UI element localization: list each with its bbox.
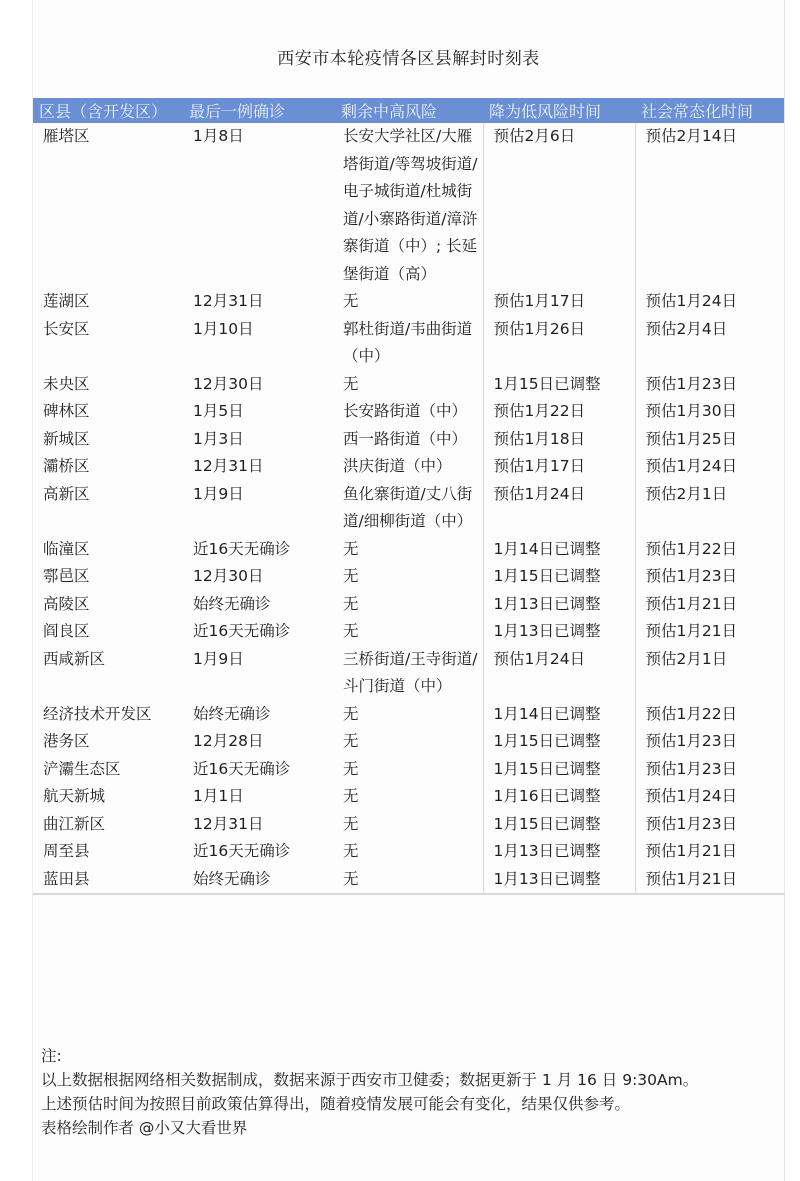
last-case-cell: 近16天无确诊 (183, 838, 335, 866)
table-row: 新城区1月3日西一路街道（中）预估1月18日预估1月25日 (33, 426, 784, 454)
notes-line-source: 以上数据根据网络相关数据制成，数据来源于西安市卫健委；数据更新于 1 月 16 … (41, 1068, 698, 1092)
low-risk-time-cell: 预估1月26日 (483, 316, 635, 371)
district-cell: 莲湖区 (33, 288, 183, 316)
district-cell: 蓝田县 (33, 866, 183, 895)
low-risk-time-cell: 预估2月6日 (483, 123, 635, 288)
low-risk-time-cell: 1月15日已调整 (483, 563, 635, 591)
low-risk-time-cell: 1月15日已调整 (483, 371, 635, 399)
low-risk-time-cell: 1月14日已调整 (483, 536, 635, 564)
last-case-cell: 12月31日 (183, 453, 335, 481)
district-cell: 航天新城 (33, 783, 183, 811)
normalization-time-cell: 预估1月21日 (635, 591, 784, 619)
notes-line-disclaimer: 上述预估时间为按照目前政策估算得出，随着疫情发展可能会有变化，结果仅供参考。 (41, 1092, 698, 1116)
district-cell: 高新区 (33, 481, 183, 536)
normalization-time-cell: 预估1月24日 (635, 453, 784, 481)
table-row: 临潼区近16天无确诊无1月14日已调整预估1月22日 (33, 536, 784, 564)
last-case-cell: 1月1日 (183, 783, 335, 811)
last-case-cell: 始终无确诊 (183, 701, 335, 729)
district-cell: 长安区 (33, 316, 183, 371)
low-risk-time-cell: 1月13日已调整 (483, 866, 635, 895)
risk-areas-cell: 无 (335, 563, 483, 591)
district-cell: 浐灞生态区 (33, 756, 183, 784)
normalization-time-cell: 预估1月23日 (635, 728, 784, 756)
notes-line-author: 表格绘制作者 @小又大看世界 (41, 1116, 698, 1140)
normalization-time-cell: 预估1月23日 (635, 371, 784, 399)
risk-areas-cell: 无 (335, 591, 483, 619)
table-row: 未央区12月30日无1月15日已调整预估1月23日 (33, 371, 784, 399)
risk-areas-cell: 无 (335, 811, 483, 839)
risk-areas-cell: 西一路街道（中） (335, 426, 483, 454)
risk-areas-cell: 无 (335, 288, 483, 316)
low-risk-time-cell: 预估1月18日 (483, 426, 635, 454)
low-risk-time-cell: 预估1月24日 (483, 481, 635, 536)
risk-areas-cell: 无 (335, 371, 483, 399)
low-risk-time-cell: 预估1月22日 (483, 398, 635, 426)
last-case-cell: 近16天无确诊 (183, 756, 335, 784)
risk-areas-cell: 无 (335, 756, 483, 784)
normalization-time-cell: 预估1月21日 (635, 866, 784, 895)
normalization-time-cell: 预估1月23日 (635, 563, 784, 591)
last-case-cell: 12月31日 (183, 288, 335, 316)
notes-label: 注: (41, 1044, 698, 1068)
risk-areas-cell: 无 (335, 866, 483, 895)
district-cell: 阎良区 (33, 618, 183, 646)
last-case-cell: 1月9日 (183, 481, 335, 536)
risk-areas-cell: 无 (335, 728, 483, 756)
table-row: 碑林区1月5日长安路街道（中）预估1月22日预估1月30日 (33, 398, 784, 426)
low-risk-time-cell: 1月13日已调整 (483, 838, 635, 866)
normalization-time-cell: 预估1月23日 (635, 811, 784, 839)
notes-section: 注: 以上数据根据网络相关数据制成，数据来源于西安市卫健委；数据更新于 1 月 … (41, 1044, 698, 1140)
last-case-cell: 始终无确诊 (183, 866, 335, 895)
last-case-cell: 12月31日 (183, 811, 335, 839)
last-case-cell: 始终无确诊 (183, 591, 335, 619)
risk-areas-cell: 长安大学社区/大雁塔街道/等驾坡街道/电子城街道/杜城街道/小寨路街道/漳浒寨街… (335, 123, 483, 288)
district-cell: 未央区 (33, 371, 183, 399)
normalization-time-cell: 预估1月25日 (635, 426, 784, 454)
last-case-cell: 1月9日 (183, 646, 335, 701)
last-case-cell: 12月30日 (183, 563, 335, 591)
header-normalization-time: 社会常态化时间 (635, 98, 784, 123)
last-case-cell: 1月8日 (183, 123, 335, 288)
risk-areas-cell: 无 (335, 618, 483, 646)
table-row: 航天新城1月1日无1月16日已调整预估1月24日 (33, 783, 784, 811)
table-row: 长安区1月10日郭杜街道/韦曲街道（中）预估1月26日预估2月4日 (33, 316, 784, 371)
district-cell: 鄠邑区 (33, 563, 183, 591)
district-cell: 经济技术开发区 (33, 701, 183, 729)
normalization-time-cell: 预估2月1日 (635, 646, 784, 701)
table-row: 阎良区近16天无确诊无1月13日已调整预估1月21日 (33, 618, 784, 646)
risk-areas-cell: 鱼化寨街道/丈八街道/细柳街道（中） (335, 481, 483, 536)
last-case-cell: 1月5日 (183, 398, 335, 426)
normalization-time-cell: 预估1月21日 (635, 838, 784, 866)
risk-areas-cell: 郭杜街道/韦曲街道（中） (335, 316, 483, 371)
normalization-time-cell: 预估1月24日 (635, 288, 784, 316)
district-cell: 临潼区 (33, 536, 183, 564)
district-cell: 西咸新区 (33, 646, 183, 701)
low-risk-time-cell: 1月15日已调整 (483, 811, 635, 839)
low-risk-time-cell: 1月15日已调整 (483, 756, 635, 784)
risk-areas-cell: 长安路街道（中） (335, 398, 483, 426)
district-cell: 周至县 (33, 838, 183, 866)
header-district: 区县（含开发区） (33, 98, 183, 123)
district-cell: 曲江新区 (33, 811, 183, 839)
table-header-row: 区县（含开发区） 最后一例确诊 剩余中高风险 降为低风险时间 社会常态化时间 (33, 98, 784, 123)
header-last-case: 最后一例确诊 (183, 98, 335, 123)
last-case-cell: 12月30日 (183, 371, 335, 399)
normalization-time-cell: 预估1月30日 (635, 398, 784, 426)
last-case-cell: 1月3日 (183, 426, 335, 454)
normalization-time-cell: 预估1月22日 (635, 536, 784, 564)
table-row: 灞桥区12月31日洪庆街道（中）预估1月17日预估1月24日 (33, 453, 784, 481)
risk-areas-cell: 无 (335, 701, 483, 729)
district-cell: 高陵区 (33, 591, 183, 619)
document-page: 西安市本轮疫情各区县解封时刻表 区县（含开发区） 最后一例确诊 剩余中高风险 降… (32, 0, 785, 1181)
table-row: 莲湖区12月31日无预估1月17日预估1月24日 (33, 288, 784, 316)
reopening-schedule-table: 区县（含开发区） 最后一例确诊 剩余中高风险 降为低风险时间 社会常态化时间 雁… (33, 98, 785, 895)
low-risk-time-cell: 1月16日已调整 (483, 783, 635, 811)
table-row: 鄠邑区12月30日无1月15日已调整预估1月23日 (33, 563, 784, 591)
district-cell: 碑林区 (33, 398, 183, 426)
risk-areas-cell: 洪庆街道（中） (335, 453, 483, 481)
district-cell: 灞桥区 (33, 453, 183, 481)
page-title: 西安市本轮疫情各区县解封时刻表 (33, 44, 784, 69)
table-row: 高新区1月9日鱼化寨街道/丈八街道/细柳街道（中）预估1月24日预估2月1日 (33, 481, 784, 536)
normalization-time-cell: 预估2月4日 (635, 316, 784, 371)
table-row: 浐灞生态区近16天无确诊无1月15日已调整预估1月23日 (33, 756, 784, 784)
last-case-cell: 近16天无确诊 (183, 536, 335, 564)
low-risk-time-cell: 1月14日已调整 (483, 701, 635, 729)
normalization-time-cell: 预估1月22日 (635, 701, 784, 729)
low-risk-time-cell: 1月13日已调整 (483, 618, 635, 646)
normalization-time-cell: 预估1月23日 (635, 756, 784, 784)
risk-areas-cell: 无 (335, 783, 483, 811)
normalization-time-cell: 预估1月21日 (635, 618, 784, 646)
risk-areas-cell: 无 (335, 536, 483, 564)
header-low-risk-time: 降为低风险时间 (483, 98, 635, 123)
last-case-cell: 近16天无确诊 (183, 618, 335, 646)
low-risk-time-cell: 预估1月24日 (483, 646, 635, 701)
table-row: 曲江新区12月31日无1月15日已调整预估1月23日 (33, 811, 784, 839)
table-row: 西咸新区1月9日三桥街道/王寺街道/斗门街道（中）预估1月24日预估2月1日 (33, 646, 784, 701)
district-cell: 雁塔区 (33, 123, 183, 288)
low-risk-time-cell: 1月15日已调整 (483, 728, 635, 756)
table-row: 经济技术开发区始终无确诊无1月14日已调整预估1月22日 (33, 701, 784, 729)
header-risk-areas: 剩余中高风险 (335, 98, 483, 123)
table-row: 港务区12月28日无1月15日已调整预估1月23日 (33, 728, 784, 756)
table-row: 蓝田县始终无确诊无1月13日已调整预估1月21日 (33, 866, 784, 895)
table-row: 周至县近16天无确诊无1月13日已调整预估1月21日 (33, 838, 784, 866)
normalization-time-cell: 预估2月14日 (635, 123, 784, 288)
low-risk-time-cell: 1月13日已调整 (483, 591, 635, 619)
low-risk-time-cell: 预估1月17日 (483, 288, 635, 316)
district-cell: 新城区 (33, 426, 183, 454)
table-row: 雁塔区1月8日长安大学社区/大雁塔街道/等驾坡街道/电子城街道/杜城街道/小寨路… (33, 123, 784, 288)
last-case-cell: 12月28日 (183, 728, 335, 756)
district-cell: 港务区 (33, 728, 183, 756)
risk-areas-cell: 三桥街道/王寺街道/斗门街道（中） (335, 646, 483, 701)
last-case-cell: 1月10日 (183, 316, 335, 371)
normalization-time-cell: 预估2月1日 (635, 481, 784, 536)
normalization-time-cell: 预估1月24日 (635, 783, 784, 811)
risk-areas-cell: 无 (335, 838, 483, 866)
low-risk-time-cell: 预估1月17日 (483, 453, 635, 481)
table-row: 高陵区始终无确诊无1月13日已调整预估1月21日 (33, 591, 784, 619)
